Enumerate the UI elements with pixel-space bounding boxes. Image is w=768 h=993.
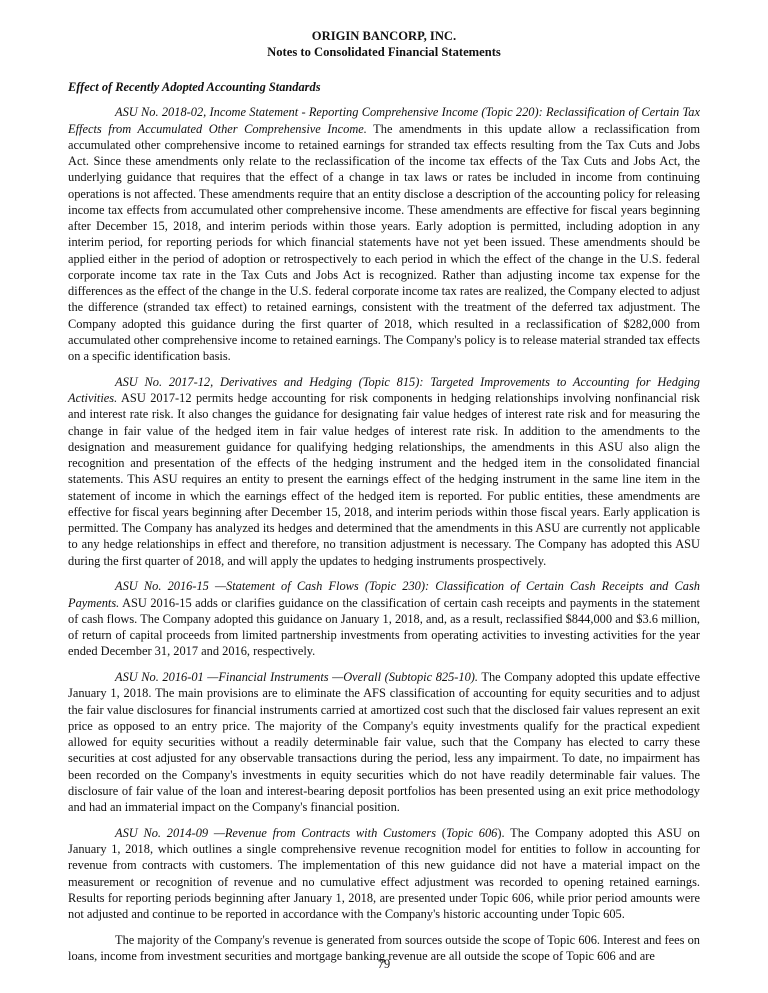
section-title: Effect of Recently Adopted Accounting St… bbox=[68, 79, 700, 95]
paragraph-title: ASU No. 2016-01 —Financial Instruments —… bbox=[115, 670, 478, 684]
paragraph-body: The Company adopted this update effectiv… bbox=[68, 670, 700, 814]
paragraph-title: ASU No. 2014-09 —Revenue from Contracts … bbox=[115, 826, 436, 840]
page-number: 79 bbox=[0, 957, 768, 972]
paragraph-asu-2017-12: ASU No. 2017-12, Derivatives and Hedging… bbox=[68, 374, 700, 569]
paragraph-asu-2018-02: ASU No. 2018-02, Income Statement - Repo… bbox=[68, 104, 700, 364]
document-body: Effect of Recently Adopted Accounting St… bbox=[68, 79, 700, 974]
paragraph-asu-2014-09: ASU No. 2014-09 —Revenue from Contracts … bbox=[68, 825, 700, 923]
paragraph-asu-2016-01: ASU No. 2016-01 —Financial Instruments —… bbox=[68, 669, 700, 815]
paragraph-body: ). The Company adopted this ASU on Janua… bbox=[68, 826, 700, 921]
paragraph-title-topic: Topic 606 bbox=[446, 826, 497, 840]
paragraph-body: ASU 2017-12 permits hedge accounting for… bbox=[68, 391, 700, 568]
paragraph-body: ASU 2016-15 adds or clarifies guidance o… bbox=[68, 596, 700, 659]
page-subtitle: Notes to Consolidated Financial Statemen… bbox=[0, 44, 768, 60]
company-name: ORIGIN BANCORP, INC. bbox=[0, 28, 768, 44]
paragraph-asu-2016-15: ASU No. 2016-15 —Statement of Cash Flows… bbox=[68, 578, 700, 659]
paragraph-title-paren: ( bbox=[436, 826, 446, 840]
paragraph-body: The amendments in this update allow a re… bbox=[68, 122, 700, 364]
